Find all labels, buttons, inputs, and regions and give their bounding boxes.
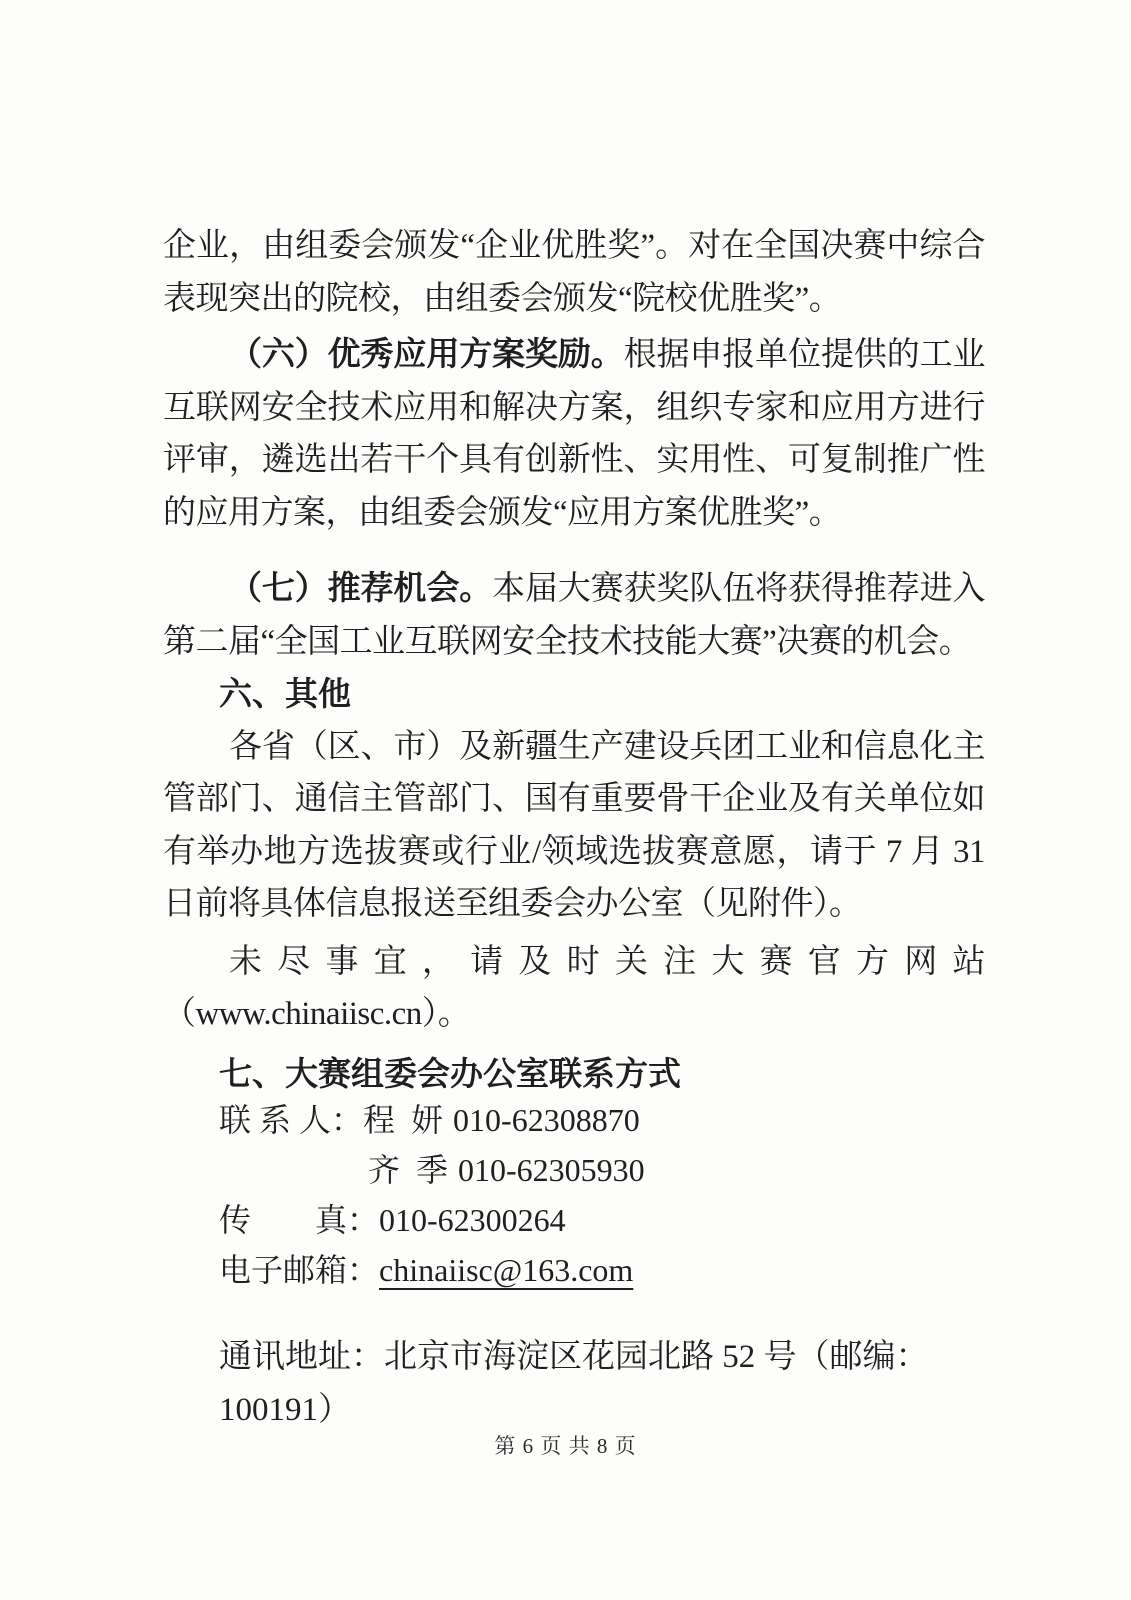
email-address: chinaiisc@163.com <box>379 1252 633 1288</box>
page-number-footer: 第 6 页 共 8 页 <box>0 1430 1131 1460</box>
paragraph-enterprise-award: 企业，由组委会颁发“企业优胜奖”。对在全国决赛中综合表现突出的院校，由组委会颁发… <box>163 220 985 325</box>
contact-person1-phone: 010-62308870 <box>453 1102 640 1138</box>
document-body: 企业，由组委会颁发“企业优胜奖”。对在全国决赛中综合表现突出的院校，由组委会颁发… <box>163 220 985 1436</box>
item7-lead-bold: （七）推荐机会。 <box>229 571 492 607</box>
contact-person-label: 联 系 人： <box>219 1102 363 1138</box>
scanned-document-page: 企业，由组委会颁发“企业优胜奖”。对在全国决赛中综合表现突出的院校，由组委会颁发… <box>0 0 1131 1600</box>
contact-info-block: 联 系 人：程 妍010-62308870 齐 季010-62305930 传 … <box>163 1095 985 1295</box>
contact-line-person1: 联 系 人：程 妍010-62308870 <box>219 1095 985 1145</box>
contact-line-email: 电子邮箱：chinaiisc@163.com <box>219 1245 985 1295</box>
paragraph-section6: 各省（区、市）及新疆生产建设兵团工业和信息化主管部门、通信主管部门、国有重要骨干… <box>163 721 985 931</box>
mailing-address: 通讯地址：北京市海淀区花园北路 52 号（邮编：100191） <box>219 1331 985 1436</box>
section6-heading: 六、其他 <box>163 668 985 721</box>
section7-heading: 七、大赛组委会办公室联系方式 <box>163 1048 985 1101</box>
contact-line-person2: 齐 季010-62305930 <box>368 1145 985 1195</box>
paragraph-item7: （七）推荐机会。本届大赛获奖队伍将获得推荐进入第二届“全国工业互联网安全技术技能… <box>163 563 985 668</box>
paragraph-item6: （六）优秀应用方案奖励。根据申报单位提供的工业互联网安全技术应用和解决方案，组织… <box>163 329 985 539</box>
contact-person2-name: 齐 季 <box>368 1152 448 1188</box>
fax-label: 传 真： <box>219 1202 379 1238</box>
contact-person2-phone: 010-62305930 <box>458 1152 645 1188</box>
item6-lead-bold: （六）优秀应用方案奖励。 <box>229 337 624 373</box>
email-label: 电子邮箱： <box>219 1252 379 1288</box>
paragraph-website: 未尽事宜，请及时关注大赛官方网站（www.chinaiisc.cn）。 <box>163 936 985 1041</box>
contact-line-fax: 传 真：010-62300264 <box>219 1195 985 1245</box>
contact-person1-name: 程 妍 <box>363 1102 443 1138</box>
fax-number: 010-62300264 <box>379 1202 566 1238</box>
